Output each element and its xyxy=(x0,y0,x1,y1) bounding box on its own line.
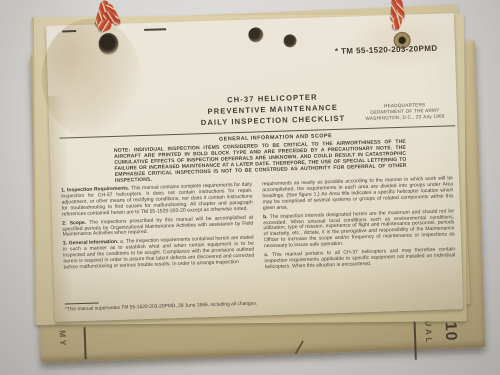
paragraph: 3. General Information. a. The inspectio… xyxy=(63,236,255,272)
column-right: requirements as nearly as possible accor… xyxy=(262,176,456,274)
column-left: 1. Inspection Requirements. This manual … xyxy=(61,183,255,281)
registration-dash xyxy=(144,28,166,30)
paragraph: b. The inspection intervals designated h… xyxy=(263,209,455,251)
punch-hole-center-1 xyxy=(248,27,263,42)
binding-string-right xyxy=(383,0,413,41)
cover-border-line-left xyxy=(84,327,87,359)
footnote-rule xyxy=(65,302,99,304)
paragraph: c. This manual pertains to all CH-37 hel… xyxy=(264,247,455,271)
paragraph: requirements as nearly as possible accor… xyxy=(262,176,454,212)
paragraph-text: The inspections prescribed by this manua… xyxy=(62,214,253,238)
footnote: *This manual supersedes TM 55-1520-203-2… xyxy=(65,295,457,312)
paragraph-text: The inspection intervals designated here… xyxy=(263,208,455,250)
paragraph-text: requirements as nearly as possible accor… xyxy=(262,175,454,211)
paragraph: 1. Inspection Requirements. This manual … xyxy=(61,183,253,219)
binding-string-left xyxy=(85,1,138,45)
headquarters-block: HEADQUARTERS DEPARTMENT OF THE ARMY WASH… xyxy=(345,101,465,122)
body-columns: 1. Inspection Requirements. This manual … xyxy=(61,176,456,280)
cover-scratch-mark xyxy=(295,340,304,354)
paragraph-text: This manual pertains to all CH-37 helico… xyxy=(264,246,455,270)
cover-army-word-partial: MY xyxy=(58,330,69,348)
checklist-page: * TM 55-1520-203-20PMD CH-37 HELICOPTER … xyxy=(46,13,463,322)
registration-dash xyxy=(62,30,76,32)
tm-number: * TM 55-1520-203-20PMD xyxy=(335,44,438,56)
punch-hole-center-2 xyxy=(283,34,296,47)
photo-background: 3-10 NUAL MY * TM 55-1520-203-20PMD xyxy=(0,0,500,375)
